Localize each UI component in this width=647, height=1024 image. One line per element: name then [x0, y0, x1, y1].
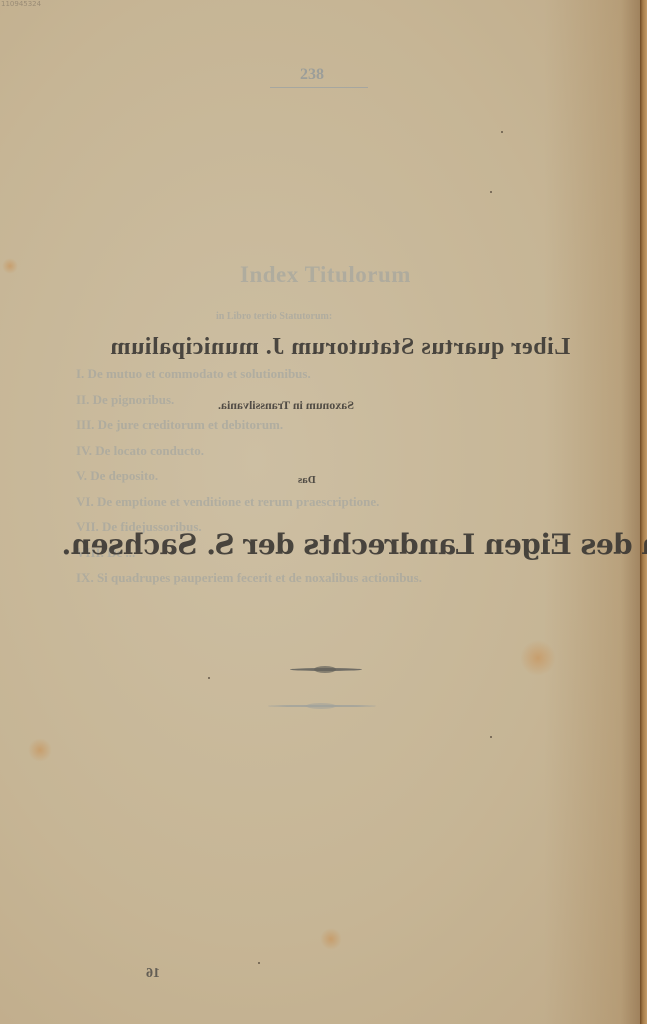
header-rule	[270, 87, 368, 88]
index-subtitle: in Libro tertio Statutorum:	[216, 311, 332, 322]
mirrored-das: Das	[298, 474, 316, 486]
mirrored-heading-sub: Saxonum in Transsilvania.	[218, 398, 354, 413]
toc-item: I. De mutuo et commodato et solutionibus…	[76, 366, 586, 392]
stain	[520, 640, 556, 676]
toc-item: III. De jure creditorum et debitorum.	[76, 417, 586, 443]
ornament-rule-faint	[268, 705, 376, 707]
mirrored-heading-latin: Liber quartus Statutorum J. municipalium	[110, 334, 570, 361]
stain	[28, 738, 52, 762]
speck	[258, 962, 260, 964]
stain	[2, 258, 18, 274]
toc-item: V. De deposito.	[76, 468, 586, 494]
stain	[320, 928, 342, 950]
book-gutter-edge	[640, 0, 647, 1024]
toc-item: IX. Si quadrupes pauperiem fecerit et de…	[76, 570, 586, 596]
toc-item: VI. De emptione et venditione et rerum p…	[76, 494, 586, 520]
toc-item: IV. De locato conducto.	[76, 443, 586, 469]
mirrored-heading-german: Vierte Buch des Eigen Landrechts der S. …	[62, 528, 647, 561]
speck	[490, 736, 492, 738]
mirrored-signature-mark: 16	[146, 966, 160, 982]
speck	[208, 677, 210, 679]
speck	[490, 191, 492, 193]
index-title: Index Titulorum	[240, 262, 411, 288]
speck	[501, 131, 503, 133]
scan-watermark: 110945324	[1, 0, 41, 8]
page-number: 238	[300, 66, 324, 84]
ornament-rule	[290, 668, 362, 671]
